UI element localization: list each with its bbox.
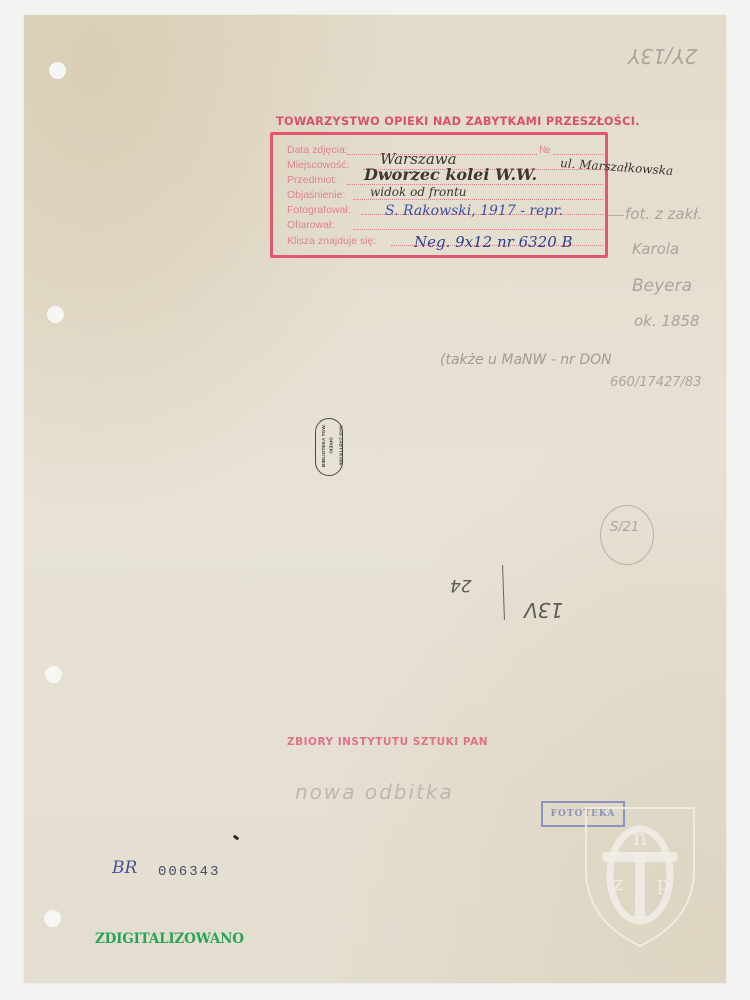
photographer-value: S. Rakowski, 1917 - repr.	[385, 203, 563, 219]
subject-value: Dworzec kolei W.W.	[364, 165, 537, 184]
field-label: Objaśnienie:	[287, 189, 345, 201]
digitized-stamp: ZDIGITALIZOWANO	[95, 931, 244, 947]
field-date: Data zdjęcia: №	[287, 141, 350, 156]
description-value: widok od frontu	[370, 185, 467, 199]
field-label: Fotografował:	[287, 204, 351, 216]
field-negative: Klisza znajduje się:	[287, 232, 378, 247]
punch-hole	[45, 666, 62, 683]
inventory-number: 006343	[158, 864, 220, 880]
pencil-note-line: fot. z zakł.	[625, 205, 702, 223]
field-photographer: Fotografował:	[287, 201, 353, 216]
field-label: Przedmiot:	[287, 174, 337, 186]
shield-watermark-icon: n z p	[580, 800, 700, 950]
pencil-new-print-note: nowa odbitka	[295, 780, 454, 804]
corner-pencil-note: 2Y/13Y	[628, 44, 697, 68]
library-stamp-line: NAD ZABYTKAMI	[339, 425, 344, 465]
pencil-also-note: (także u MaNW - nr DON	[440, 352, 612, 368]
svg-text:z: z	[613, 871, 624, 895]
pencil-connector-line	[608, 215, 624, 216]
punch-hole	[44, 910, 61, 927]
pencil-number-left: 24	[450, 575, 472, 595]
library-oval-stamp: BIBLIOTEKA TOW. OPIEKI NAD ZABYTKAMI	[315, 418, 343, 476]
pencil-note-line: Karola	[632, 240, 679, 258]
svg-text:n: n	[633, 826, 647, 851]
negative-value: Neg. 9x12 nr 6320 B	[414, 233, 573, 251]
stamp-title: TOWARZYSTWO OPIEKI NAD ZABYTKAMI PRZESZŁ…	[276, 114, 640, 128]
field-donor: Ofiarował:	[287, 216, 336, 231]
field-label: Klisza znajduje się:	[287, 235, 376, 247]
field-description: Objaśnienie:	[287, 186, 347, 201]
field-place: Miejscowość:	[287, 156, 351, 171]
collection-stamp: ZBIORY INSTYTUTU SZTUKI PAN	[287, 736, 488, 748]
circled-pencil-text: S/21	[610, 520, 639, 535]
number-label: №	[539, 144, 550, 156]
punch-hole	[49, 62, 66, 79]
circled-pencil-mark	[600, 505, 654, 565]
field-label: Data zdjęcia:	[287, 144, 348, 156]
field-subject: Przedmiot:	[287, 171, 339, 186]
pencil-also-number: 660/17427/83	[610, 375, 701, 390]
field-label: Miejscowość:	[287, 159, 349, 171]
library-stamp-line: OPIEKI	[329, 437, 334, 453]
svg-text:p: p	[657, 871, 670, 895]
pencil-note-line: ok. 1858	[634, 312, 700, 330]
inventory-prefix: BR	[112, 858, 137, 878]
punch-hole	[47, 306, 64, 323]
pencil-number-right: 13V	[524, 598, 563, 622]
library-stamp-line: BIBLIOTEKA TOW.	[321, 424, 326, 467]
pencil-note-line: Beyera	[632, 276, 692, 296]
field-label: Ofiarował:	[287, 219, 334, 231]
